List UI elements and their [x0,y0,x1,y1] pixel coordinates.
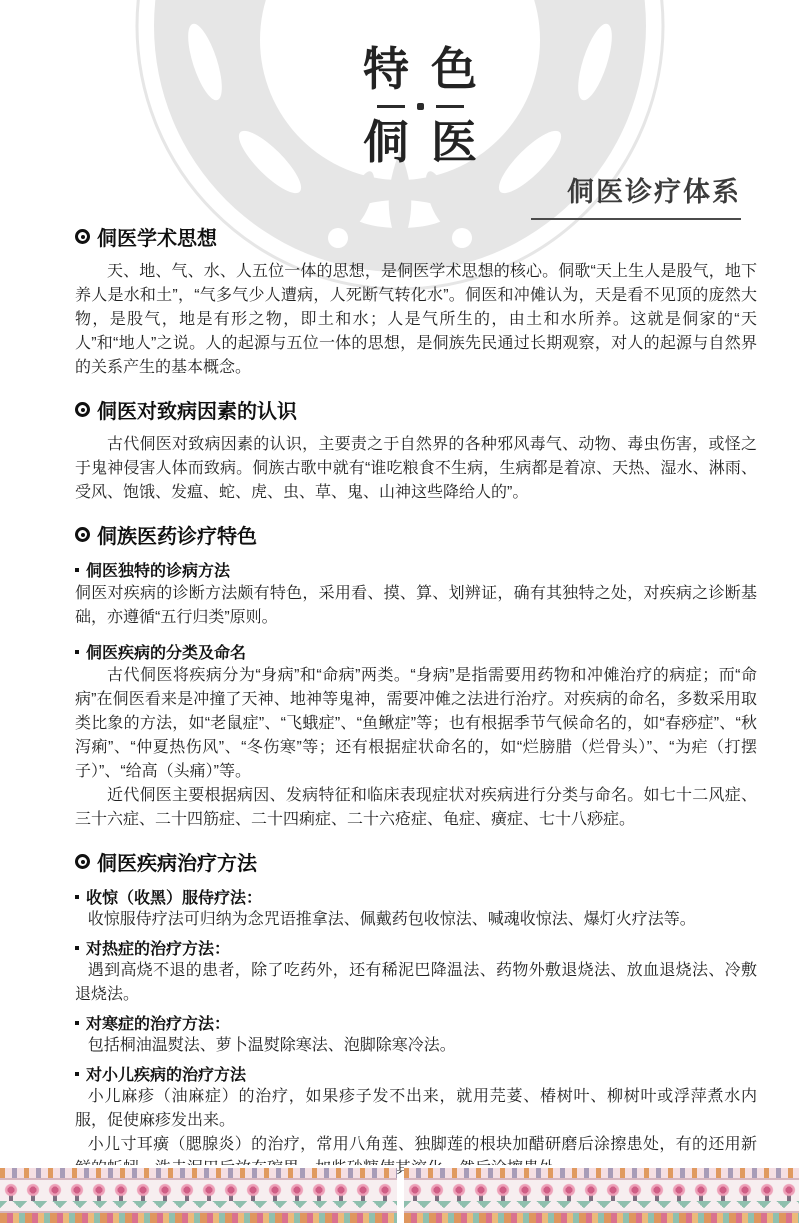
subsection-heading-text: 侗医独特的诊病方法 [86,558,230,581]
bullseye-icon [75,527,90,542]
bullseye-icon [75,402,90,417]
square-bullet-icon [75,1072,79,1076]
section-academic-thought: 侗医学术思想 天、地、气、水、人五位一体的思想，是侗医学术思想的核心。侗歌“天上… [75,222,757,380]
banner-title: 侗医诊疗体系 [531,170,741,220]
section-title-text: 侗医对致病因素的认识 [97,395,297,424]
section-header: 侗医学术思想 [75,222,757,251]
paragraph: 古代侗医将疾病分为“身病”和“命病”两类。“身病”是指需要用药物和冲傩治疗的病症… [75,664,757,784]
section-header: 侗医对致病因素的认识 [75,395,757,424]
divider-bar-right [436,105,464,108]
bullseye-icon [75,229,90,244]
page-title-top: 特色 [265,44,575,96]
treatment-heading-text: 对寒症的治疗方法： [86,1011,230,1034]
subsection-heading-text: 侗医疾病的分类及命名 [86,640,246,663]
square-bullet-icon [75,946,79,950]
square-bullet-icon [75,1021,79,1025]
section-disease-causes: 侗医对致病因素的认识 古代侗医对致病因素的认识，主要责之于自然界的各种邪风毒气、… [75,395,757,505]
subsection-heading: 侗医独特的诊病方法 [75,558,757,581]
section-header: 侗医疾病治疗方法 [75,847,757,876]
treatment-heading-text: 收惊（收黑）服侍疗法： [86,885,262,908]
square-bullet-icon [75,568,79,572]
section-title-text: 侗族医药诊疗特色 [97,520,257,549]
divider-dot [417,103,424,110]
section-header: 侗族医药诊疗特色 [75,520,757,549]
treatment-item: 对寒症的治疗方法： 包括桐油温熨法、萝卜温熨除寒法、泡脚除寒冷法。 [75,1011,757,1058]
treatment-heading: 对小儿疾病的治疗方法 [75,1062,757,1085]
bullseye-icon [75,854,90,869]
treatment-item: 收惊（收黑）服侍疗法： 收惊服侍疗法可归纳为念咒语推拿法、佩戴药包收惊法、喊魂收… [75,885,757,932]
ethnic-border-right [404,1165,799,1223]
square-bullet-icon [75,650,79,654]
treatment-heading: 对寒症的治疗方法： [75,1011,757,1034]
page-title: 特色 侗医 [265,44,575,169]
page-title-bottom: 侗医 [265,117,575,169]
paragraph: 侗医对疾病的诊断方法颇有特色，采用看、摸、算、划辨证，确有其独特之处，对疾病之诊… [75,582,757,630]
section-diagnosis-features: 侗族医药诊疗特色 侗医独特的诊病方法 侗医对疾病的诊断方法颇有特色，采用看、摸、… [75,520,757,832]
treatment-heading-text: 对热症的治疗方法： [86,936,230,959]
paragraph: 近代侗医主要根据病因、发病特征和临床表现症状对疾病进行分类与命名。如七十二风症、… [75,784,757,832]
title-divider-icon [265,103,575,110]
ethnic-border-left [0,1165,397,1223]
square-bullet-icon [75,895,79,899]
paragraph: 小儿麻疹（油麻症）的治疗，如果疹子发不出来，就用芫荽、椿树叶、柳树叶或浮萍煮水内… [75,1085,757,1133]
treatment-heading: 收惊（收黑）服侍疗法： [75,885,757,908]
paragraph: 天、地、气、水、人五位一体的思想，是侗医学术思想的核心。侗歌“天上生人是股气，地… [75,260,757,380]
section-title-text: 侗医学术思想 [97,222,217,251]
paragraph: 包括桐油温熨法、萝卜温熨除寒法、泡脚除寒冷法。 [75,1034,757,1058]
section-title-text: 侗医疾病治疗方法 [97,847,257,876]
divider-bar-left [377,105,405,108]
page: { "header": { "title_top": "特色", "title_… [0,0,799,1223]
treatment-heading-text: 对小儿疾病的治疗方法 [86,1062,246,1085]
paragraph: 收惊服侍疗法可归纳为念咒语推拿法、佩戴药包收惊法、喊魂收惊法、爆灯火疗法等。 [75,908,757,932]
section-treatment-methods: 侗医疾病治疗方法 收惊（收黑）服侍疗法： 收惊服侍疗法可归纳为念咒语推拿法、佩戴… [75,847,757,1181]
treatment-item: 对热症的治疗方法： 遇到高烧不退的患者，除了吃药外，还有稀泥巴降温法、药物外敷退… [75,936,757,1007]
treatment-heading: 对热症的治疗方法： [75,936,757,959]
main-content: 侗医学术思想 天、地、气、水、人五位一体的思想，是侗医学术思想的核心。侗歌“天上… [75,222,757,1181]
treatment-item: 对小儿疾病的治疗方法 小儿麻疹（油麻症）的治疗，如果疹子发不出来，就用芫荽、椿树… [75,1062,757,1181]
paragraph: 遇到高烧不退的患者，除了吃药外，还有稀泥巴降温法、药物外敷退烧法、放血退烧法、冷… [75,959,757,1007]
subsection-heading: 侗医疾病的分类及命名 [75,640,757,663]
paragraph: 古代侗医对致病因素的认识，主要责之于自然界的各种邪风毒气、动物、毒虫伤害，或怪之… [75,433,757,505]
